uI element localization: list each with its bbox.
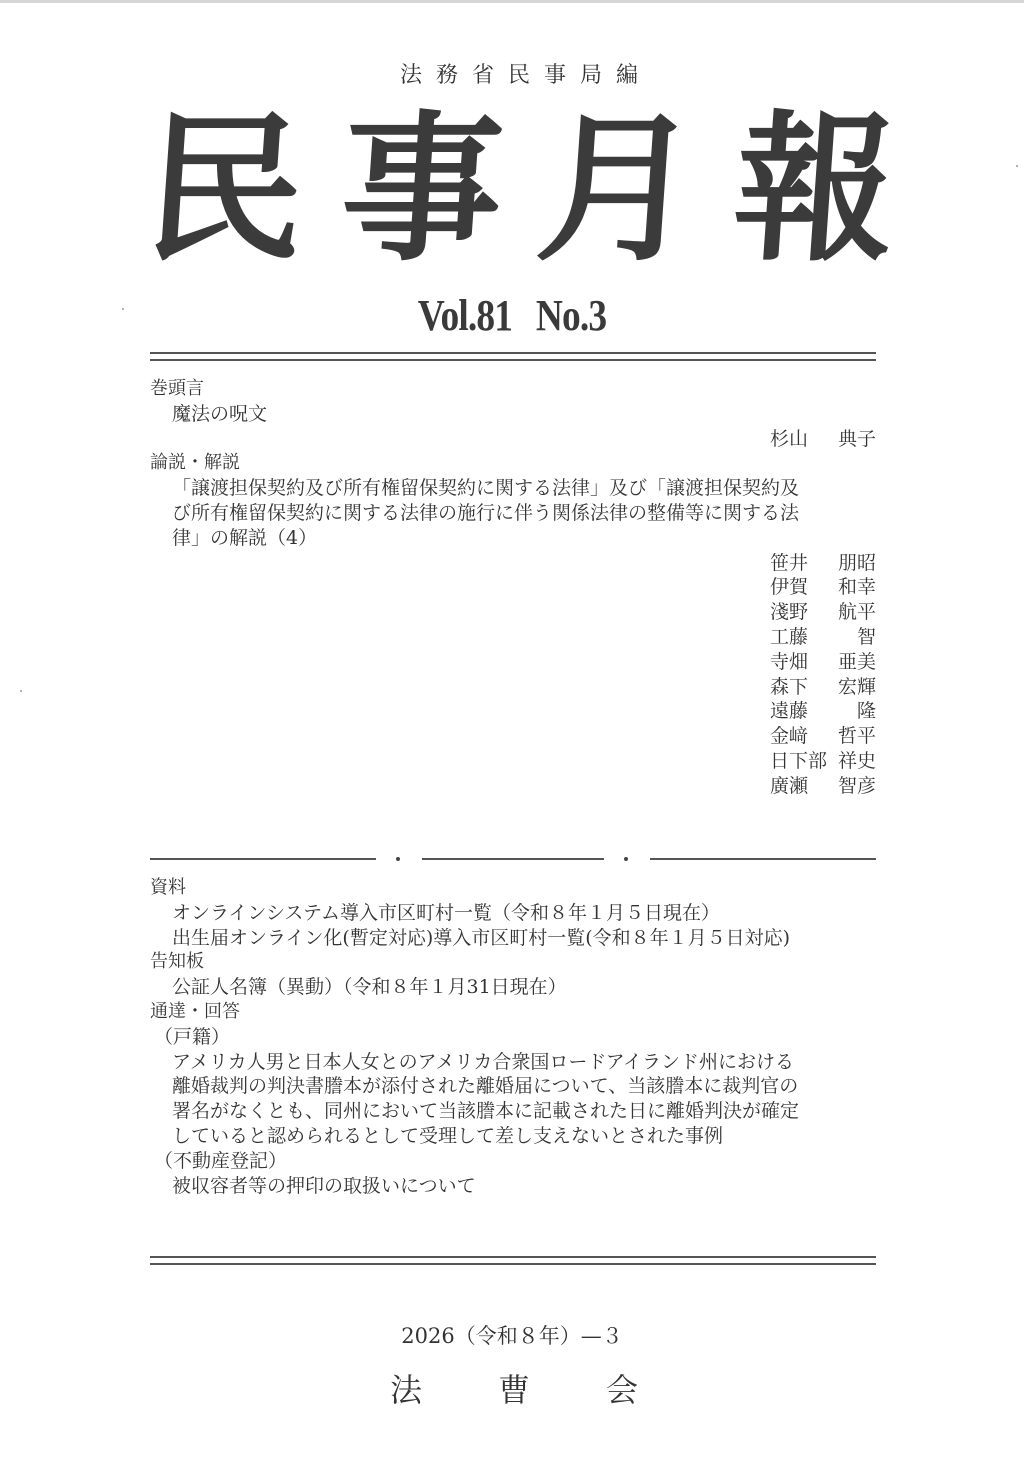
author-row: 廣瀬智彦 xyxy=(150,774,876,799)
scan-speck xyxy=(20,690,22,692)
title-char: 事 xyxy=(330,100,513,280)
toc-lower: 資料 オンラインシステム導入市区町村一覧（令和８年１月５日現在） 出生届オンライ… xyxy=(150,876,876,1198)
circular-real-estate-line[interactable]: 被収容者等の押印の取扱いについて xyxy=(150,1174,876,1199)
section-heading-circulars: 通達・回答 xyxy=(150,1000,876,1025)
top-double-rule xyxy=(150,352,876,361)
title-char: 民 xyxy=(134,100,317,280)
volume: Vol.81 xyxy=(418,291,512,340)
section-heading-commentary: 論説・解説 xyxy=(150,451,876,476)
article-title-foreword[interactable]: 魔法の呪文 xyxy=(150,402,876,427)
author-row: 森下宏輝 xyxy=(150,675,876,700)
section-heading-foreword: 巻頭言 xyxy=(150,377,876,402)
publisher-char: 法 xyxy=(390,1365,422,1411)
publisher-char: 会 xyxy=(606,1365,638,1411)
author-row: 笹井朋昭 xyxy=(150,551,876,576)
author-row: 伊賀和幸 xyxy=(150,575,876,600)
author-row: 日下部祥史 xyxy=(150,749,876,774)
volume-number: Vol.81No.3 xyxy=(77,290,947,341)
circular-koseki-line[interactable]: していると認められるとして受理して差し支えないとされた事例 xyxy=(150,1124,876,1149)
subsection-koseki: （戸籍） xyxy=(150,1025,876,1050)
title-char: 月 xyxy=(527,100,710,280)
publisher: 法 曹 会 xyxy=(390,1365,638,1411)
bottom-double-rule xyxy=(150,1256,876,1265)
article-title-line[interactable]: 「譲渡担保契約及び所有権留保契約に関する法律」及び「譲渡担保契約及 xyxy=(150,476,876,501)
circular-koseki-line[interactable]: 離婚裁判の判決書謄本が添付された離婚届について、当該謄本に裁判官の xyxy=(150,1074,876,1099)
author-row: 工藤智 xyxy=(150,625,876,650)
circular-koseki-line[interactable]: アメリカ人男と日本人女とのアメリカ合衆国ロードアイランド州における xyxy=(150,1050,876,1075)
scan-speck xyxy=(1016,165,1018,167)
page-top-edge xyxy=(0,0,1024,3)
subsection-real-estate: （不動産登記） xyxy=(150,1149,876,1174)
title-char: 報 xyxy=(724,100,907,280)
author-foreword: 杉山典子 xyxy=(150,427,876,452)
section-heading-notices: 告知板 xyxy=(150,950,876,975)
author-row: 金﨑哲平 xyxy=(150,724,876,749)
circular-koseki-line[interactable]: 署名がなくとも、同州において当該謄本に記載された日に離婚判決が確定 xyxy=(150,1099,876,1124)
dotted-separator xyxy=(150,853,876,865)
editor-credit: 法務省民事局編 xyxy=(0,58,1024,89)
article-title-line[interactable]: 律」の解説（4） xyxy=(150,526,876,551)
publisher-char: 曹 xyxy=(498,1365,530,1411)
materials-item[interactable]: オンラインシステム導入市区町村一覧（令和８年１月５日現在） xyxy=(150,901,876,926)
author-row: 寺畑亜美 xyxy=(150,650,876,675)
author-row: 淺野航平 xyxy=(150,600,876,625)
section-heading-materials: 資料 xyxy=(150,876,876,901)
issue-date: 2026（令和８年）—３ xyxy=(0,1320,1024,1350)
materials-item[interactable]: 出生届オンライン化(暫定対応)導入市区町村一覧(令和８年１月５日対応) xyxy=(150,926,876,951)
toc-upper: 巻頭言 魔法の呪文 杉山典子 論説・解説 「譲渡担保契約及び所有権留保契約に関す… xyxy=(150,377,876,799)
notices-item[interactable]: 公証人名簿（異動）（令和８年１月31日現在） xyxy=(150,975,876,1000)
scan-speck xyxy=(122,308,124,310)
article-title-line[interactable]: び所有権留保契約に関する法律の施行に伴う関係法律の整備等に関する法 xyxy=(150,501,876,526)
author-row: 遠藤隆 xyxy=(150,699,876,724)
issue-number: No.3 xyxy=(536,291,606,340)
journal-title: 民 事 月 報 xyxy=(140,100,900,280)
